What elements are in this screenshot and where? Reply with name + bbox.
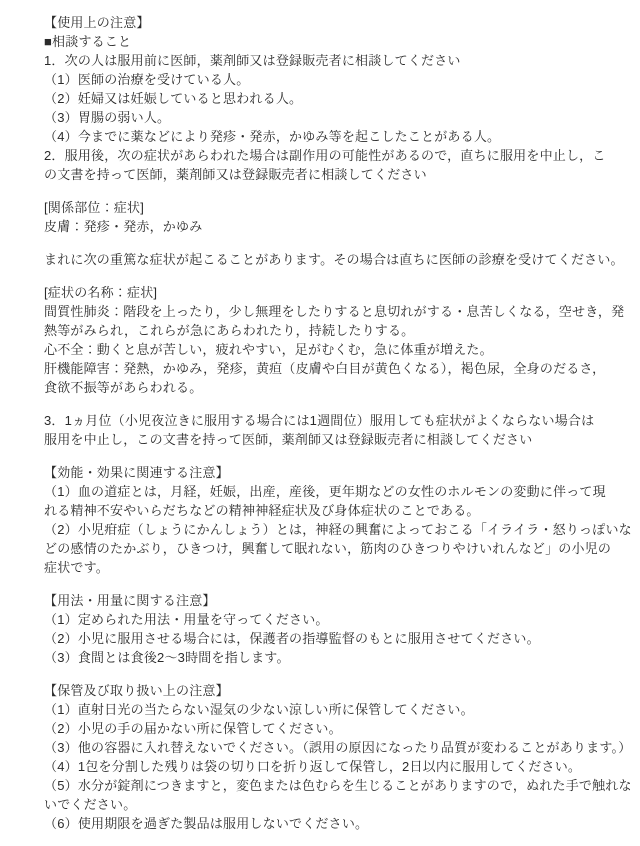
text-line: （6）使用期限を過ぎた製品は服用しないでください。 bbox=[44, 814, 610, 833]
text-line: 肝機能障害：発熱，かゆみ，発疹，黄疸（皮膚や白目が黄色くなる），褐色尿，全身のだ… bbox=[44, 359, 610, 378]
text-line: 1．次の人は服用前に医師，薬剤師又は登録販売者に相談してください bbox=[44, 51, 610, 70]
text-line: （5）水分が錠剤につきますと，変色または色むらを生じることがありますので，ぬれた… bbox=[44, 776, 610, 795]
text-line: （4）1包を分割した残りは袋の切り口を折り返して保管し，2日以内に服用してくださ… bbox=[44, 757, 610, 776]
text-line: 熱等がみられ，これらが急にあらわれたり，持続したりする。 bbox=[44, 321, 610, 340]
text-line: （1）定められた用法・用量を守ってください。 bbox=[44, 610, 610, 629]
section-heading: 【効能・効果に関連する注意】 bbox=[44, 463, 610, 482]
text-line: （1）血の道症とは，月経，妊娠，出産，産後，更年期などの女性のホルモンの変動に伴… bbox=[44, 482, 610, 501]
blank-line bbox=[44, 397, 610, 411]
section-heading: 【保管及び取り扱い上の注意】 bbox=[44, 681, 610, 700]
text-line: 皮膚：発疹・発赤，かゆみ bbox=[44, 217, 610, 236]
text-line: （2）小児疳症（しょうにかんしょう）とは，神経の興奮によっておこる「イライラ・怒… bbox=[44, 520, 610, 539]
text-line: 服用を中止し，この文書を持って医師，薬剤師又は登録販売者に相談してください bbox=[44, 430, 610, 449]
text-line: れる精神不安やいらだちなどの精神神経症状及び身体症状のことである。 bbox=[44, 501, 610, 520]
subsection-heading: ■相談すること bbox=[44, 32, 610, 51]
blank-line bbox=[44, 449, 610, 463]
text-line: （2）妊婦又は妊娠していると思われる人。 bbox=[44, 89, 610, 108]
text-line: 心不全：動くと息が苦しい，疲れやすい，足がむくむ，急に体重が増えた。 bbox=[44, 340, 610, 359]
section-heading: 【用法・用量に関する注意】 bbox=[44, 591, 610, 610]
text-line: （3）他の容器に入れ替えないでください。（誤用の原因になったり品質が変わることが… bbox=[44, 738, 610, 757]
text-line: どの感情のたかぶり，ひきつけ，興奮して眠れない，筋肉のひきつりやけいれんなど」の… bbox=[44, 539, 610, 558]
text-line: まれに次の重篤な症状が起こることがあります。その場合は直ちに医師の診療を受けてく… bbox=[44, 250, 610, 269]
text-line: （1）直射日光の当たらない湿気の少ない涼しい所に保管してください。 bbox=[44, 700, 610, 719]
text-line: 2．服用後，次の症状があらわれた場合は副作用の可能性があるので，直ちに服用を中止… bbox=[44, 146, 610, 165]
text-line: 食欲不振等があらわれる。 bbox=[44, 378, 610, 397]
blank-line bbox=[44, 236, 610, 250]
page: { "colors": { "background": "#ffffff", "… bbox=[0, 0, 640, 846]
text-line: （3）胃腸の弱い人。 bbox=[44, 108, 610, 127]
blank-line bbox=[44, 667, 610, 681]
section-heading: 【使用上の注意】 bbox=[44, 13, 610, 32]
text-line: 3．1ヵ月位（小児夜泣きに服用する場合には1週間位）服用しても症状がよくならない… bbox=[44, 411, 610, 430]
text-line: 間質性肺炎：階段を上ったり，少し無理をしたりすると息切れがする・息苦しくなる，空… bbox=[44, 302, 610, 321]
text-line: いでください。 bbox=[44, 795, 610, 814]
blank-line bbox=[44, 577, 610, 591]
text-line: の文書を持って医師，薬剤師又は登録販売者に相談してください bbox=[44, 165, 610, 184]
usage-precautions-document: 【使用上の注意】■相談すること1．次の人は服用前に医師，薬剤師又は登録販売者に相… bbox=[0, 0, 640, 846]
text-line: [症状の名称：症状] bbox=[44, 283, 610, 302]
blank-line bbox=[44, 184, 610, 198]
text-line: （2）小児に服用させる場合には，保護者の指導監督のもとに服用させてください。 bbox=[44, 629, 610, 648]
text-line: （2）小児の手の届かない所に保管してください。 bbox=[44, 719, 610, 738]
text-line: （3）食間とは食後2～3時間を指します。 bbox=[44, 648, 610, 667]
document-body: 【使用上の注意】■相談すること1．次の人は服用前に医師，薬剤師又は登録販売者に相… bbox=[44, 13, 610, 833]
text-line: （4）今までに薬などにより発疹・発赤，かゆみ等を起こしたことがある人。 bbox=[44, 127, 610, 146]
text-line: （1）医師の治療を受けている人。 bbox=[44, 70, 610, 89]
text-line: 症状です。 bbox=[44, 558, 610, 577]
text-line: [関係部位：症状] bbox=[44, 198, 610, 217]
blank-line bbox=[44, 269, 610, 283]
